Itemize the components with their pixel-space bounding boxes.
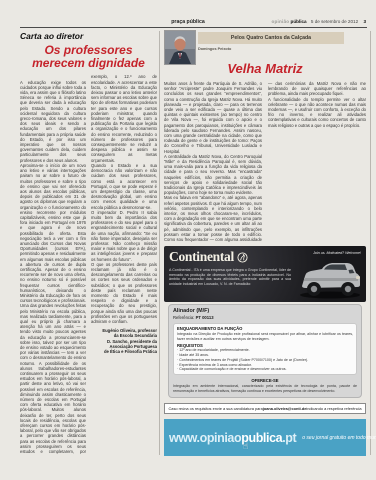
job-card: Alinador (M/F) Referência: PT 00113 ENQU… [168,304,362,398]
letter-signature: Eugénio Oliveira, professor da Escola Se… [91,328,157,354]
letter-kicker: Carta ao diretor [20,31,157,41]
job-reference-label: Referência: [173,315,194,320]
letter-title: Os professores merecem dignidade [20,44,157,69]
apply-strip: Caso reúna os requisitos envie a sua can… [164,403,366,414]
author-photo [164,30,196,65]
apply-email-link[interactable]: joana.oliveira@conti.de [263,406,307,411]
site-banner[interactable]: www.opiniaopublica.pt ☝ o seu jornal gra… [164,419,366,456]
apply-text-post: indicando a respetiva referência [306,406,361,411]
site-url-part1[interactable]: www.opiniao [169,431,241,445]
letter-body: A educação exige todos os cuidados porqu… [20,74,157,458]
paper-name-light: opinião [272,19,290,24]
continental-horse-icon [237,252,248,263]
apply-text-pre: Caso reúna os requisitos envie a sua can… [168,406,262,411]
job-offer-text: Integração em ambiente internacional, ca… [173,384,357,393]
column-divider [159,31,160,455]
banner-slogan: o seu jornal gratuito em todo mundo... [302,435,376,441]
hand-cursor-icon: ☝ [243,442,248,452]
feature-title: Velha Matriz [164,61,366,76]
job-reference-value: PT 00113 [196,315,214,320]
masthead-right: opinião pública 5 de setembro de 2012 3 [272,19,366,24]
continental-brand-text: Continental [169,249,234,265]
newspaper-page: praça pública opinião pública 5 de setem… [0,0,376,480]
job-offer-heading: OFERECE-SE [173,378,357,383]
column-author: Domingos Peixoto [198,47,231,51]
letter-body-text: A educação exige todos os cuidados porqu… [20,74,157,454]
site-url[interactable]: www.opiniaopublica.pt ☝ [169,431,296,445]
continental-ad: Continental Join us. Motivated? Welcome!… [164,246,366,302]
job-framework-heading: ENQUADRAMENTO DA FUNÇÃO [177,326,353,331]
section-label: praça pública [148,19,228,25]
page-edge-rule [370,31,371,455]
job-title: Alinador (M/F) [173,308,357,314]
job-reference: Referência: PT 00113 [173,315,357,320]
page-number: 3 [363,19,366,24]
column-band-title: Pelos Quatro Cantos da Calçada [231,35,311,41]
letter-section: Carta ao diretor Os professores merecem … [20,31,157,458]
paper-name-bold: pública [291,19,307,24]
masthead-rule [20,27,367,28]
ad-intro: A Continental - ITA é uma empresa que in… [169,268,291,286]
issue-date: 5 de setembro de 2012 [311,19,358,24]
suv-photo [292,254,364,300]
job-detail-panel: ENQUADRAMENTO DA FUNÇÃO Integrado na Dir… [173,323,357,375]
continental-logo: Continental [169,249,248,265]
job-framework-text: Integrado na Direção de Produção este pr… [177,332,353,341]
column-band: Pelos Quatro Cantos da Calçada [198,32,344,44]
feature-body: Muitos anos à frente da Paróquia de S. A… [164,81,366,244]
site-url-part3[interactable]: .pt [282,431,296,445]
requirement-item: Capacidade de comunicação e de ensinar e… [177,367,353,372]
